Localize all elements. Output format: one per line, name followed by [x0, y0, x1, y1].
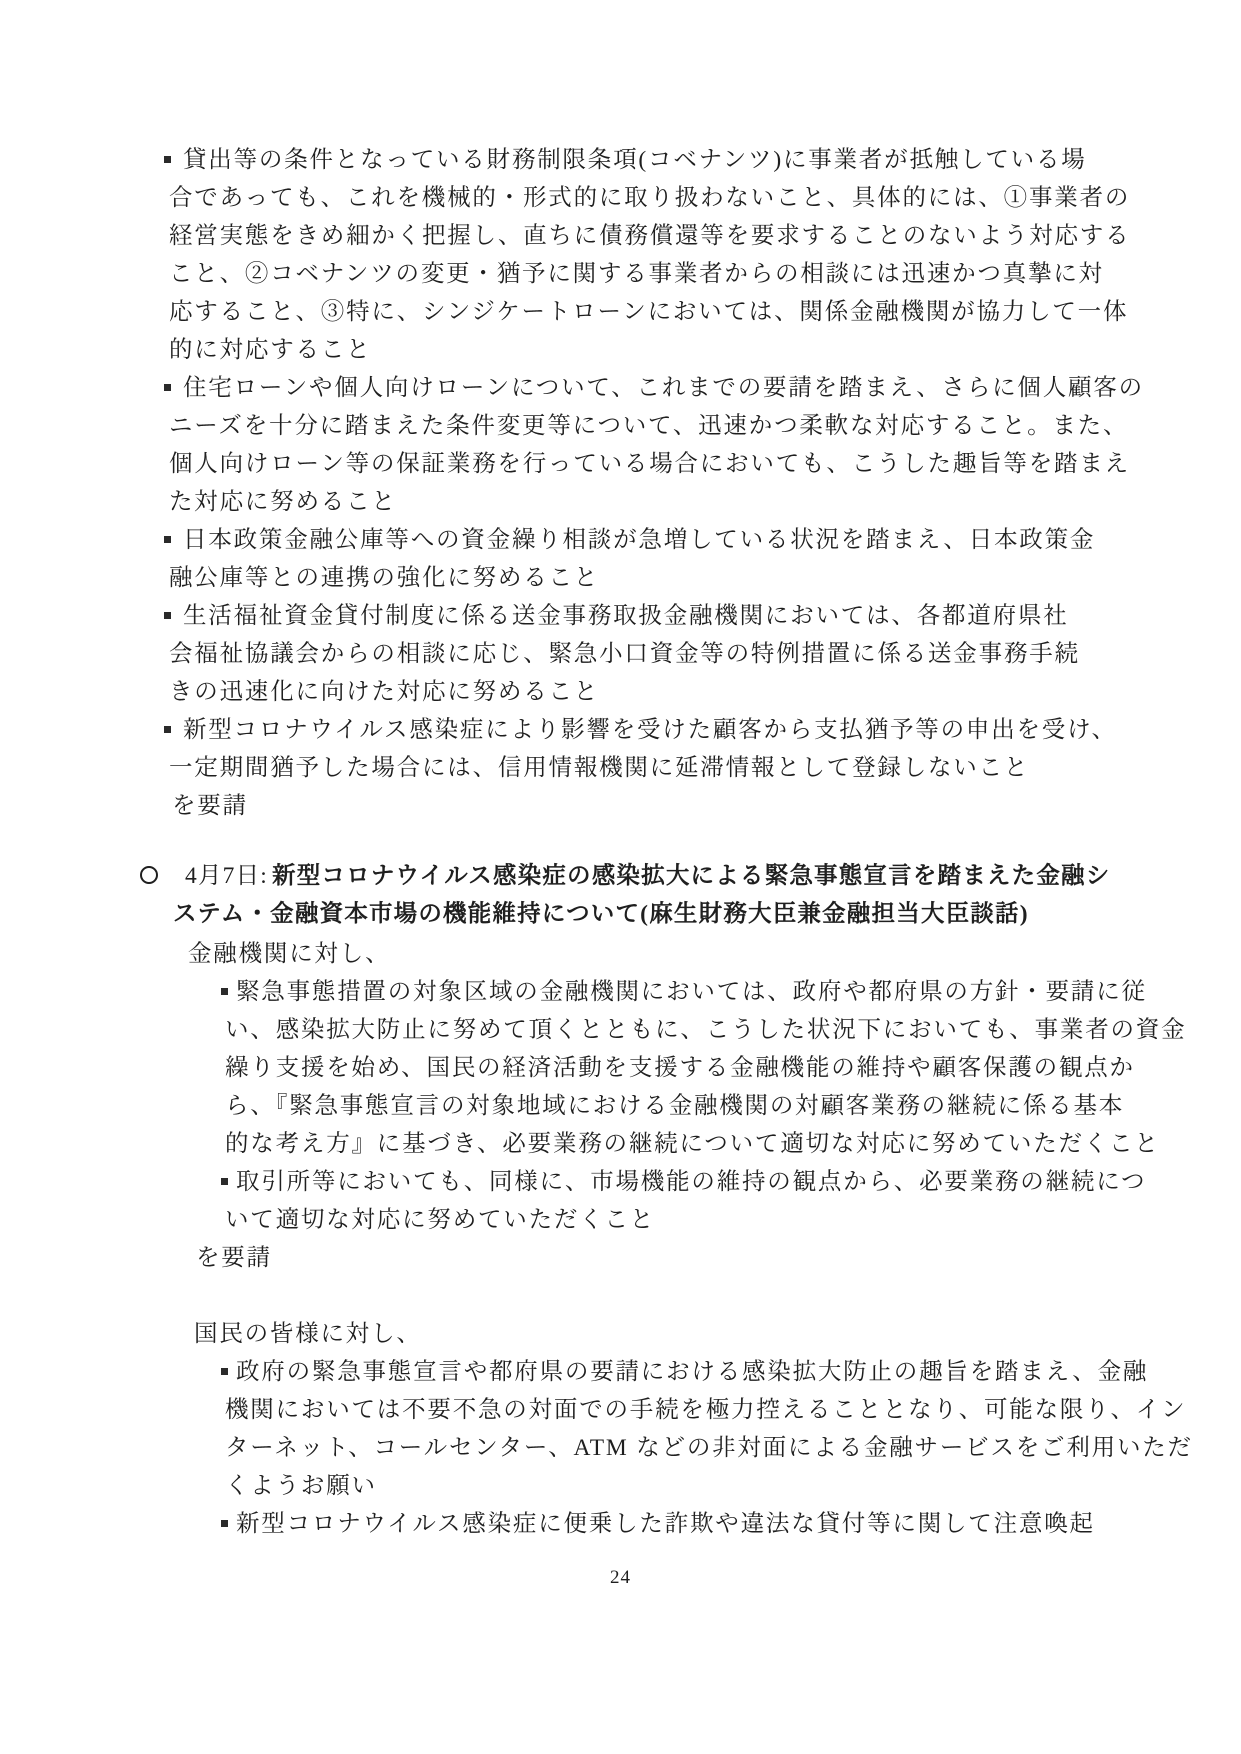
square-bullet-icon — [221, 1178, 228, 1185]
citizens-subsection: 国民の皆様に対し、 政府の緊急事態宣言や都府県の要請における感染拡大防止の趣旨を… — [0, 1315, 1241, 1543]
text-line: 取引所等においても、同様に、市場機能の維持の観点から、必要業務の継続につ — [221, 1163, 1241, 1201]
request-list: 政府の緊急事態宣言や都府県の要請における感染拡大防止の趣旨を踏まえ、金融機関にお… — [0, 1353, 1241, 1543]
text-line: 日本政策金融公庫等への資金繰り相談が急増している状況を踏まえ、日本政策金 — [164, 521, 1241, 559]
request-list: 緊急事態措置の対象区域の金融機関においては、政府や都府県の方針・要請に従い、感染… — [0, 973, 1241, 1239]
heading-line: 4月7日:新型コロナウイルス感染症の感染拡大による緊急事態宣言を踏まえた金融シ — [185, 857, 1241, 895]
text-line: 個人向けローン等の保証業務を行っている場合においても、こうした趣旨等を踏まえ — [169, 445, 1241, 483]
list-item: 新型コロナウイルス感染症に便乗した詐欺や違法な貸付等に関して注意喚起 — [225, 1505, 1241, 1543]
page-content: 貸出等の条件となっている財務制限条項(コベナンツ)に事業者が抵触している場合であ… — [0, 141, 1241, 1543]
text-line: 緊急事態措置の対象区域の金融機関においては、政府や都府県の方針・要請に従 — [221, 973, 1241, 1011]
heading-line: ステム・金融資本市場の機能維持について(麻生財務大臣兼金融担当大臣談話) — [173, 895, 1241, 933]
april7-section-heading: 4月7日:新型コロナウイルス感染症の感染拡大による緊急事態宣言を踏まえた金融シ … — [173, 857, 1241, 933]
closing-line: を要請 — [196, 1239, 1241, 1277]
text-line: いて適切な対応に努めていただくこと — [225, 1201, 1241, 1239]
text-line: 経営実態をきめ細かく把握し、直ちに債務償還等を要求することのないよう対応する — [169, 217, 1241, 255]
text-line: た対応に努めること — [169, 483, 1241, 521]
heading-title-part: 新型コロナウイルス感染症の感染拡大による緊急事態宣言を踏まえた金融シ — [272, 863, 1110, 889]
text-line: 合であっても、これを機械的・形式的に取り扱わないこと、具体的には、①事業者の — [169, 179, 1241, 217]
text-line: 政府の緊急事態宣言や都府県の要請における感染拡大防止の趣旨を踏まえ、金融 — [221, 1353, 1241, 1391]
list-item: 新型コロナウイルス感染症により影響を受けた顧客から支払猶予等の申出を受け、一定期… — [169, 711, 1241, 787]
text-line: こと、②コベナンツの変更・猶予に関する事業者からの相談には迅速かつ真摯に対 — [169, 255, 1241, 293]
addressee-line: 金融機関に対し、 — [188, 935, 1241, 973]
text-line: きの迅速化に向けた対応に努めること — [169, 673, 1241, 711]
text-line: くようお願い — [225, 1467, 1241, 1505]
text-line: い、感染拡大防止に努めて頂くとともに、こうした状況下においても、事業者の資金 — [225, 1011, 1241, 1049]
text-line: 新型コロナウイルス感染症により影響を受けた顧客から支払猶予等の申出を受け、 — [164, 711, 1241, 749]
text-line: ターネット、コールセンター、ATM などの非対面による金融サービスをご利用いただ — [225, 1429, 1241, 1467]
text-line: 会福祉協議会からの相談に応じ、緊急小口資金等の特例措置に係る送金事務手続 — [169, 635, 1241, 673]
circle-list-marker-icon — [140, 866, 158, 884]
addressee-line: 国民の皆様に対し、 — [194, 1315, 1241, 1353]
square-bullet-icon — [221, 1368, 228, 1375]
list-item: 貸出等の条件となっている財務制限条項(コベナンツ)に事業者が抵触している場合であ… — [169, 141, 1241, 369]
text-line: 貸出等の条件となっている財務制限条項(コベナンツ)に事業者が抵触している場 — [164, 141, 1241, 179]
square-bullet-icon — [164, 726, 171, 733]
square-bullet-icon — [164, 612, 171, 619]
page-number: 24 — [0, 1563, 1241, 1593]
list-item: 住宅ローンや個人向けローンについて、これまでの要請を踏まえ、さらに個人顧客のニー… — [169, 369, 1241, 521]
square-bullet-icon — [221, 1520, 228, 1527]
text-line: 的に対応すること — [169, 331, 1241, 369]
text-line: 融公庫等との連携の強化に努めること — [169, 559, 1241, 597]
closing-line: を要請 — [172, 787, 1241, 825]
square-bullet-icon — [164, 536, 171, 543]
list-item: 緊急事態措置の対象区域の金融機関においては、政府や都府県の方針・要請に従い、感染… — [225, 973, 1241, 1163]
text-line: 住宅ローンや個人向けローンについて、これまでの要請を踏まえ、さらに個人顧客の — [164, 369, 1241, 407]
square-bullet-icon — [221, 988, 228, 995]
financial-institutions-subsection: 金融機関に対し、 緊急事態措置の対象区域の金融機関においては、政府や都府県の方針… — [0, 935, 1241, 1277]
text-line: ら、『緊急事態宣言の対象地域における金融機関の対顧客業務の継続に係る基本 — [225, 1087, 1241, 1125]
square-bullet-icon — [164, 384, 171, 391]
list-item: 取引所等においても、同様に、市場機能の維持の観点から、必要業務の継続について適切… — [225, 1163, 1241, 1239]
list-item: 政府の緊急事態宣言や都府県の要請における感染拡大防止の趣旨を踏まえ、金融機関にお… — [225, 1353, 1241, 1505]
list-item: 生活福祉資金貸付制度に係る送金事務取扱金融機関においては、各都道府県社会福祉協議… — [169, 597, 1241, 711]
request-list: 貸出等の条件となっている財務制限条項(コベナンツ)に事業者が抵触している場合であ… — [0, 141, 1241, 787]
text-line: 繰り支援を始め、国民の経済活動を支援する金融機能の維持や顧客保護の観点か — [225, 1049, 1241, 1087]
text-line: 生活福祉資金貸付制度に係る送金事務取扱金融機関においては、各都道府県社 — [164, 597, 1241, 635]
square-bullet-icon — [164, 156, 171, 163]
text-line: 一定期間猶予した場合には、信用情報機関に延滞情報として登録しないこと — [169, 749, 1241, 787]
list-item: 日本政策金融公庫等への資金繰り相談が急増している状況を踏まえ、日本政策金融公庫等… — [169, 521, 1241, 597]
text-line: 応すること、③特に、シンジケートローンにおいては、関係金融機関が協力して一体 — [169, 293, 1241, 331]
march-request-section: 貸出等の条件となっている財務制限条項(コベナンツ)に事業者が抵触している場合であ… — [0, 141, 1241, 825]
text-line: 機関においては不要不急の対面での手続を極力控えることとなり、可能な限り、イン — [225, 1391, 1241, 1429]
text-line: ニーズを十分に踏まえた条件変更等について、迅速かつ柔軟な対応すること。また、 — [169, 407, 1241, 445]
document-page: 貸出等の条件となっている財務制限条項(コベナンツ)に事業者が抵触している場合であ… — [0, 0, 1241, 1754]
text-line: 的な考え方』に基づき、必要業務の継続について適切な対応に努めていただくこと — [225, 1125, 1241, 1163]
heading-date: 4月7日: — [185, 863, 268, 889]
text-line: 新型コロナウイルス感染症に便乗した詐欺や違法な貸付等に関して注意喚起 — [221, 1505, 1241, 1543]
